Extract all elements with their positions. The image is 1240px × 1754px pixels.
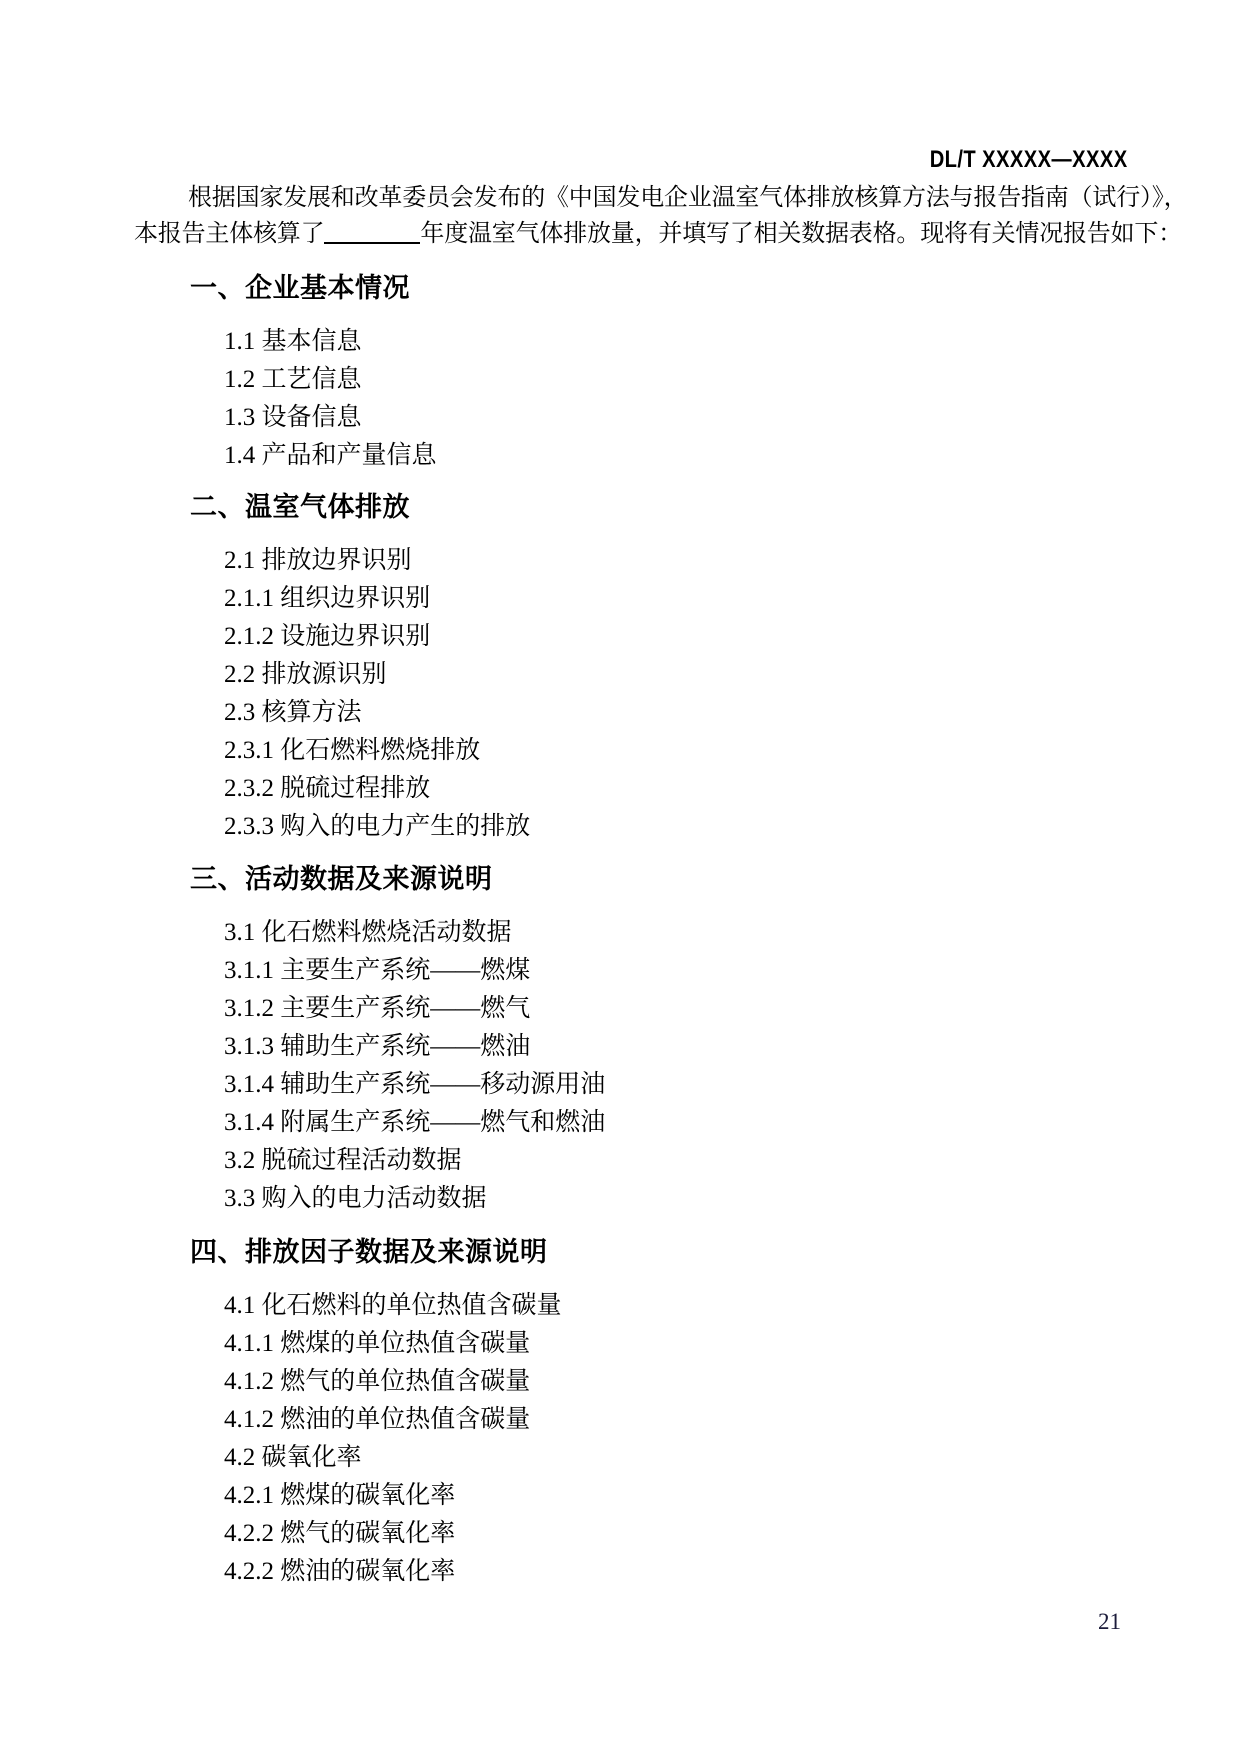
section-heading: 二、温室气体排放 (190, 490, 1240, 524)
page-number: 21 (1098, 1609, 1121, 1635)
toc-item: 3.1.4 辅助生产系统——移动源用油 (224, 1066, 1240, 1104)
toc-item: 4.2.1 燃煤的碳氧化率 (224, 1477, 1240, 1515)
section-item-list: 1.1 基本信息 1.2 工艺信息 1.3 设备信息 1.4 产品和产量信息 (0, 323, 1240, 475)
section-ghg-emissions: 二、温室气体排放 2.1 排放边界识别 2.1.1 组织边界识别 2.1.2 设… (0, 490, 1240, 846)
toc-item: 4.2.2 燃油的碳氧化率 (224, 1553, 1240, 1591)
toc-item: 3.3 购入的电力活动数据 (224, 1180, 1240, 1218)
toc-item: 1.4 产品和产量信息 (224, 437, 1240, 475)
section-heading: 四、排放因子数据及来源说明 (190, 1235, 1240, 1269)
toc-item: 2.1 排放边界识别 (224, 542, 1240, 580)
toc-item: 3.1.1 主要生产系统——燃煤 (224, 952, 1240, 990)
toc-item: 4.1.2 燃气的单位热值含碳量 (224, 1363, 1240, 1401)
toc-item: 3.2 脱硫过程活动数据 (224, 1142, 1240, 1180)
toc-item: 3.1 化石燃料燃烧活动数据 (224, 914, 1240, 952)
section-activity-data: 三、活动数据及来源说明 3.1 化石燃料燃烧活动数据 3.1.1 主要生产系统—… (0, 862, 1240, 1218)
fill-in-blank-underline (324, 220, 420, 244)
section-item-list: 4.1 化石燃料的单位热值含碳量 4.1.1 燃煤的单位热值含碳量 4.1.2 … (0, 1287, 1240, 1591)
document-page: DL/T XXXXX—XXXX 根据国家发展和改革委员会发布的《中国发电企业温室… (0, 0, 1240, 1754)
section-item-list: 3.1 化石燃料燃烧活动数据 3.1.1 主要生产系统——燃煤 3.1.2 主要… (0, 914, 1240, 1218)
toc-item: 1.2 工艺信息 (224, 361, 1240, 399)
section-heading: 三、活动数据及来源说明 (190, 862, 1240, 896)
toc-item: 4.2 碳氧化率 (224, 1439, 1240, 1477)
toc-item: 4.1.2 燃油的单位热值含碳量 (224, 1401, 1240, 1439)
toc-item: 1.1 基本信息 (224, 323, 1240, 361)
toc-item: 2.1.1 组织边界识别 (224, 580, 1240, 618)
toc-item: 2.2 排放源识别 (224, 656, 1240, 694)
intro-text-before-blank: 本报告主体核算了 (134, 221, 324, 247)
document-code-header: DL/T XXXXX—XXXX (930, 146, 1128, 174)
section-emission-factor-data: 四、排放因子数据及来源说明 4.1 化石燃料的单位热值含碳量 4.1.1 燃煤的… (0, 1235, 1240, 1591)
section-heading: 一、企业基本情况 (190, 271, 1240, 305)
toc-item: 4.2.2 燃气的碳氧化率 (224, 1515, 1240, 1553)
toc-item: 2.1.2 设施边界识别 (224, 618, 1240, 656)
intro-paragraph-line-2: 本报告主体核算了年度温室气体排放量，并填写了相关数据表格。现将有关情况报告如下： (134, 219, 1182, 249)
intro-paragraph-line-1: 根据国家发展和改革委员会发布的《中国发电企业温室气体排放核算方法与报告指南（试行… (134, 183, 1187, 213)
toc-item: 1.3 设备信息 (224, 399, 1240, 437)
toc-item: 2.3.3 购入的电力产生的排放 (224, 808, 1240, 846)
toc-item: 3.1.2 主要生产系统——燃气 (224, 990, 1240, 1028)
section-item-list: 2.1 排放边界识别 2.1.1 组织边界识别 2.1.2 设施边界识别 2.2… (0, 542, 1240, 846)
toc-item: 2.3.1 化石燃料燃烧排放 (224, 732, 1240, 770)
toc-item: 3.1.4 附属生产系统——燃气和燃油 (224, 1104, 1240, 1142)
toc-item: 4.1.1 燃煤的单位热值含碳量 (224, 1325, 1240, 1363)
intro-text-after-blank: 年度温室气体排放量，并填写了相关数据表格。现将有关情况报告如下： (420, 221, 1182, 247)
toc-item: 2.3 核算方法 (224, 694, 1240, 732)
toc-item: 4.1 化石燃料的单位热值含碳量 (224, 1287, 1240, 1325)
toc-item: 3.1.3 辅助生产系统——燃油 (224, 1028, 1240, 1066)
section-company-basic-info: 一、企业基本情况 1.1 基本信息 1.2 工艺信息 1.3 设备信息 1.4 … (0, 271, 1240, 475)
toc-item: 2.3.2 脱硫过程排放 (224, 770, 1240, 808)
